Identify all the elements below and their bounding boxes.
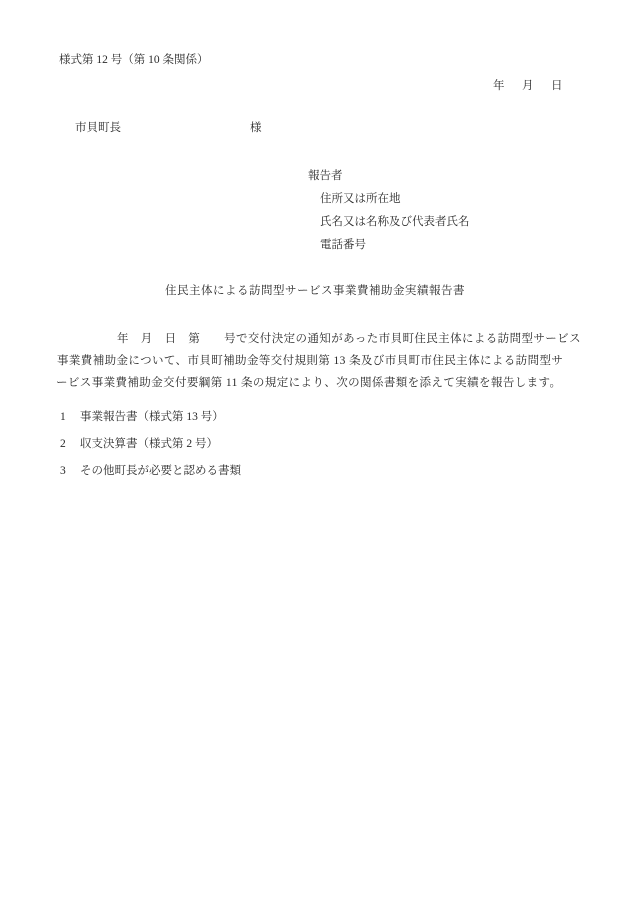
addressee-honorific: 様 — [250, 121, 262, 135]
attachment-item-2: 2 収支決算書（様式第 2 号） — [60, 437, 218, 451]
attachment-item-3: 3 その他町長が必要と認める書類 — [60, 464, 241, 478]
attachment-item-3-text: その他町長が必要と認める書類 — [80, 464, 241, 478]
body-paragraph-line-3: ービス事業費補助金交付要綱第 11 条の規定により、次の関係書類を添えて実績を報… — [56, 376, 561, 390]
reporter-field-address: 住所又は所在地 — [320, 192, 401, 206]
date-line: 年 月 日 — [493, 79, 566, 93]
attachment-item-2-text: 収支決算書（様式第 2 号） — [80, 437, 218, 451]
addressee-name: 市貝町長 — [75, 121, 121, 135]
document-title: 住民主体による訪問型サービス事業費補助金実績報告書 — [0, 284, 630, 298]
attachment-item-2-number: 2 — [60, 437, 80, 451]
attachment-item-1: 1 事業報告書（様式第 13 号） — [60, 410, 224, 424]
attachment-item-3-number: 3 — [60, 464, 80, 478]
body-paragraph-line-1: 年 月 日 第 号で交付決定の通知があった市貝町住民主体による訪問型サービス — [117, 332, 581, 346]
reporter-label: 報告者 — [308, 169, 343, 183]
attachment-item-1-number: 1 — [60, 410, 80, 424]
attachment-item-1-text: 事業報告書（様式第 13 号） — [80, 410, 224, 424]
document-page: 様式第 12 号（第 10 条関係） 年 月 日 市貝町長 様 報告者 住所又は… — [0, 0, 630, 903]
form-number: 様式第 12 号（第 10 条関係） — [59, 53, 209, 67]
body-paragraph-line-2: 事業費補助金について、市貝町補助金等交付規則第 13 条及び市貝町市住民主体によ… — [57, 354, 563, 368]
reporter-field-name: 氏名又は名称及び代表者氏名 — [320, 215, 470, 229]
reporter-field-phone: 電話番号 — [320, 238, 366, 252]
